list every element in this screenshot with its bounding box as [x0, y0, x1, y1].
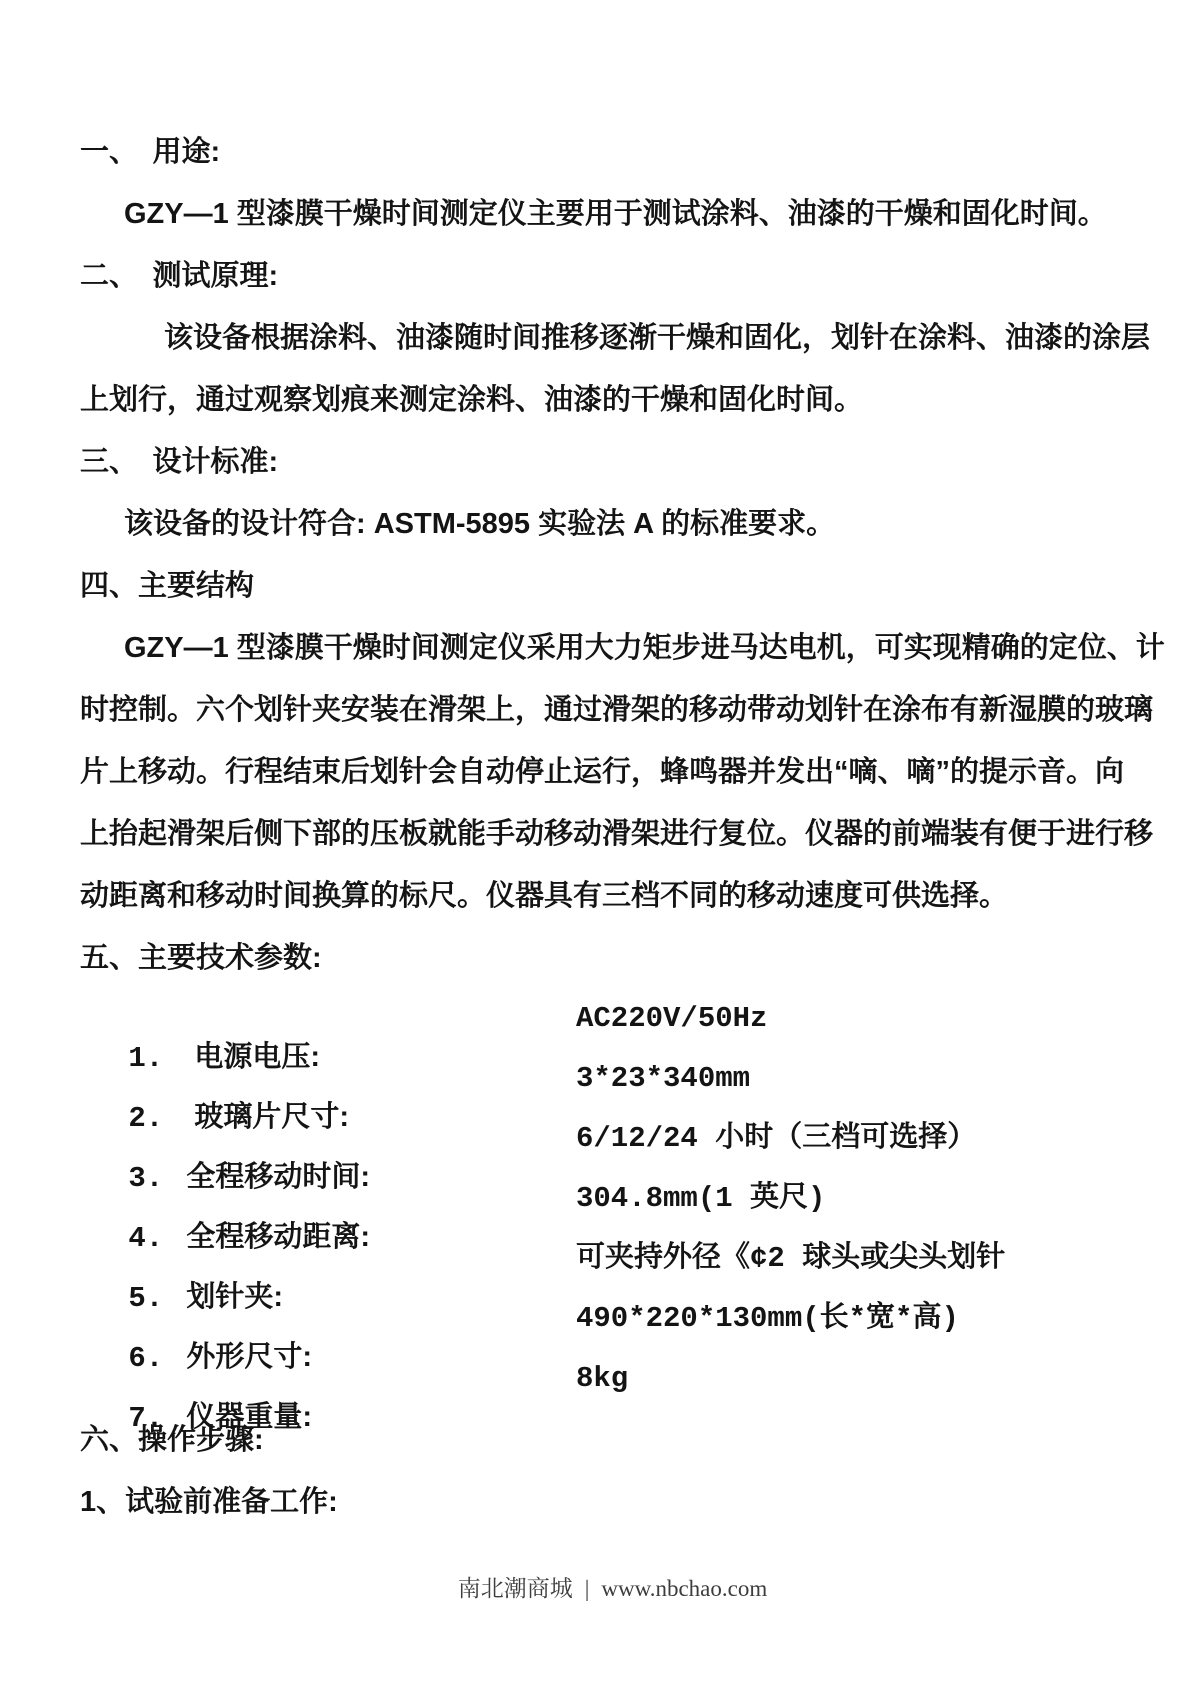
spec-value: 304.8mm(1 英尺) [576, 1180, 825, 1218]
spec-row-dimensions: 6.外形尺寸: 490*220*130mm(长*宽*高) [80, 1300, 1122, 1338]
footer-url: www.nbchao.com [601, 1576, 767, 1601]
spec-value: 3*23*340mm [576, 1060, 750, 1098]
spec-number: 7. [128, 1400, 186, 1438]
section-2-principle-heading: 二、 测试原理: [80, 256, 1122, 296]
section-4-structure-line-3: 片上移动。行程结束后划针会自动停止运行，蜂鸣器并发出“嘀、嘀”的提示音。向 [80, 752, 1122, 792]
spec-value: 490*220*130mm(长*宽*高) [576, 1300, 959, 1338]
spec-row-travel-distance: 4.全程移动距离: 304.8mm(1 英尺) [80, 1180, 1122, 1218]
document-page: 一、 用途: GZY—1 型漆膜干燥时间测定仪主要用于测试涂料、油漆的干燥和固化… [0, 0, 1200, 1697]
spec-row-weight: 7.仪器重量: 8kg [80, 1360, 1122, 1398]
spec-value: 8kg [576, 1360, 628, 1398]
section-4-structure-heading: 四、主要结构 [80, 566, 1122, 606]
section-3-standard-heading: 三、 设计标准: [80, 442, 1122, 482]
section-2-principle-body-line-2: 上划行，通过观察划痕来测定涂料、油漆的干燥和固化时间。 [80, 380, 1122, 420]
section-6-preparation-line: 1、试验前准备工作: [80, 1482, 1122, 1522]
section-5-parameters-heading: 五、主要技术参数: [80, 938, 1122, 978]
spec-value: 6/12/24 小时（三档可选择） [576, 1120, 976, 1158]
section-4-structure-line-1: GZY—1 型漆膜干燥时间测定仪采用大力矩步进马达电机，可实现精确的定位、计 [80, 628, 1122, 668]
spec-row-glass-size: 2. 玻璃片尺寸: 3*23*340mm [80, 1060, 1122, 1098]
section-1-usage-body: GZY—1 型漆膜干燥时间测定仪主要用于测试涂料、油漆的干燥和固化时间。 [80, 194, 1122, 234]
section-4-structure-line-5: 动距离和移动时间换算的标尺。仪器具有三档不同的移动速度可供选择。 [80, 876, 1122, 916]
section-1-usage-heading: 一、 用途: [80, 132, 1122, 172]
section-4-structure-line-4: 上抬起滑架后侧下部的压板就能手动移动滑架进行复位。仪器的前端装有便于进行移 [80, 814, 1122, 854]
section-2-principle-body-line-1: 该设备根据涂料、油漆随时间推移逐渐干燥和固化，划针在涂料、油漆的涂层 [80, 318, 1122, 358]
section-3-standard-body: 该设备的设计符合: ASTM-5895 实验法 A 的标准要求。 [80, 504, 1122, 544]
spec-row-needle-clamp: 5.划针夹: 可夹持外径《¢2 球头或尖头划针 [80, 1240, 1122, 1278]
footer-brand: 南北潮商城 [458, 1576, 573, 1601]
footer-separator: | [585, 1576, 590, 1602]
spec-label: 仪器重量: [186, 1401, 312, 1433]
page-footer: 南北潮商城|www.nbchao.com [80, 1544, 1122, 1629]
spec-list: 1. 电源电压: AC220V/50Hz 2. 玻璃片尺寸: 3*23*340m… [80, 1000, 1122, 1398]
spec-value: AC220V/50Hz [576, 1000, 767, 1038]
spec-value: 可夹持外径《¢2 球头或尖头划针 [576, 1240, 1005, 1278]
section-4-structure-line-2: 时控制。六个划针夹安装在滑架上，通过滑架的移动带动划针在涂布有新湿膜的玻璃 [80, 690, 1122, 730]
spec-row-travel-time: 3.全程移动时间: 6/12/24 小时（三档可选择） [80, 1120, 1122, 1158]
spec-row-power-voltage: 1. 电源电压: AC220V/50Hz [80, 1000, 1122, 1038]
